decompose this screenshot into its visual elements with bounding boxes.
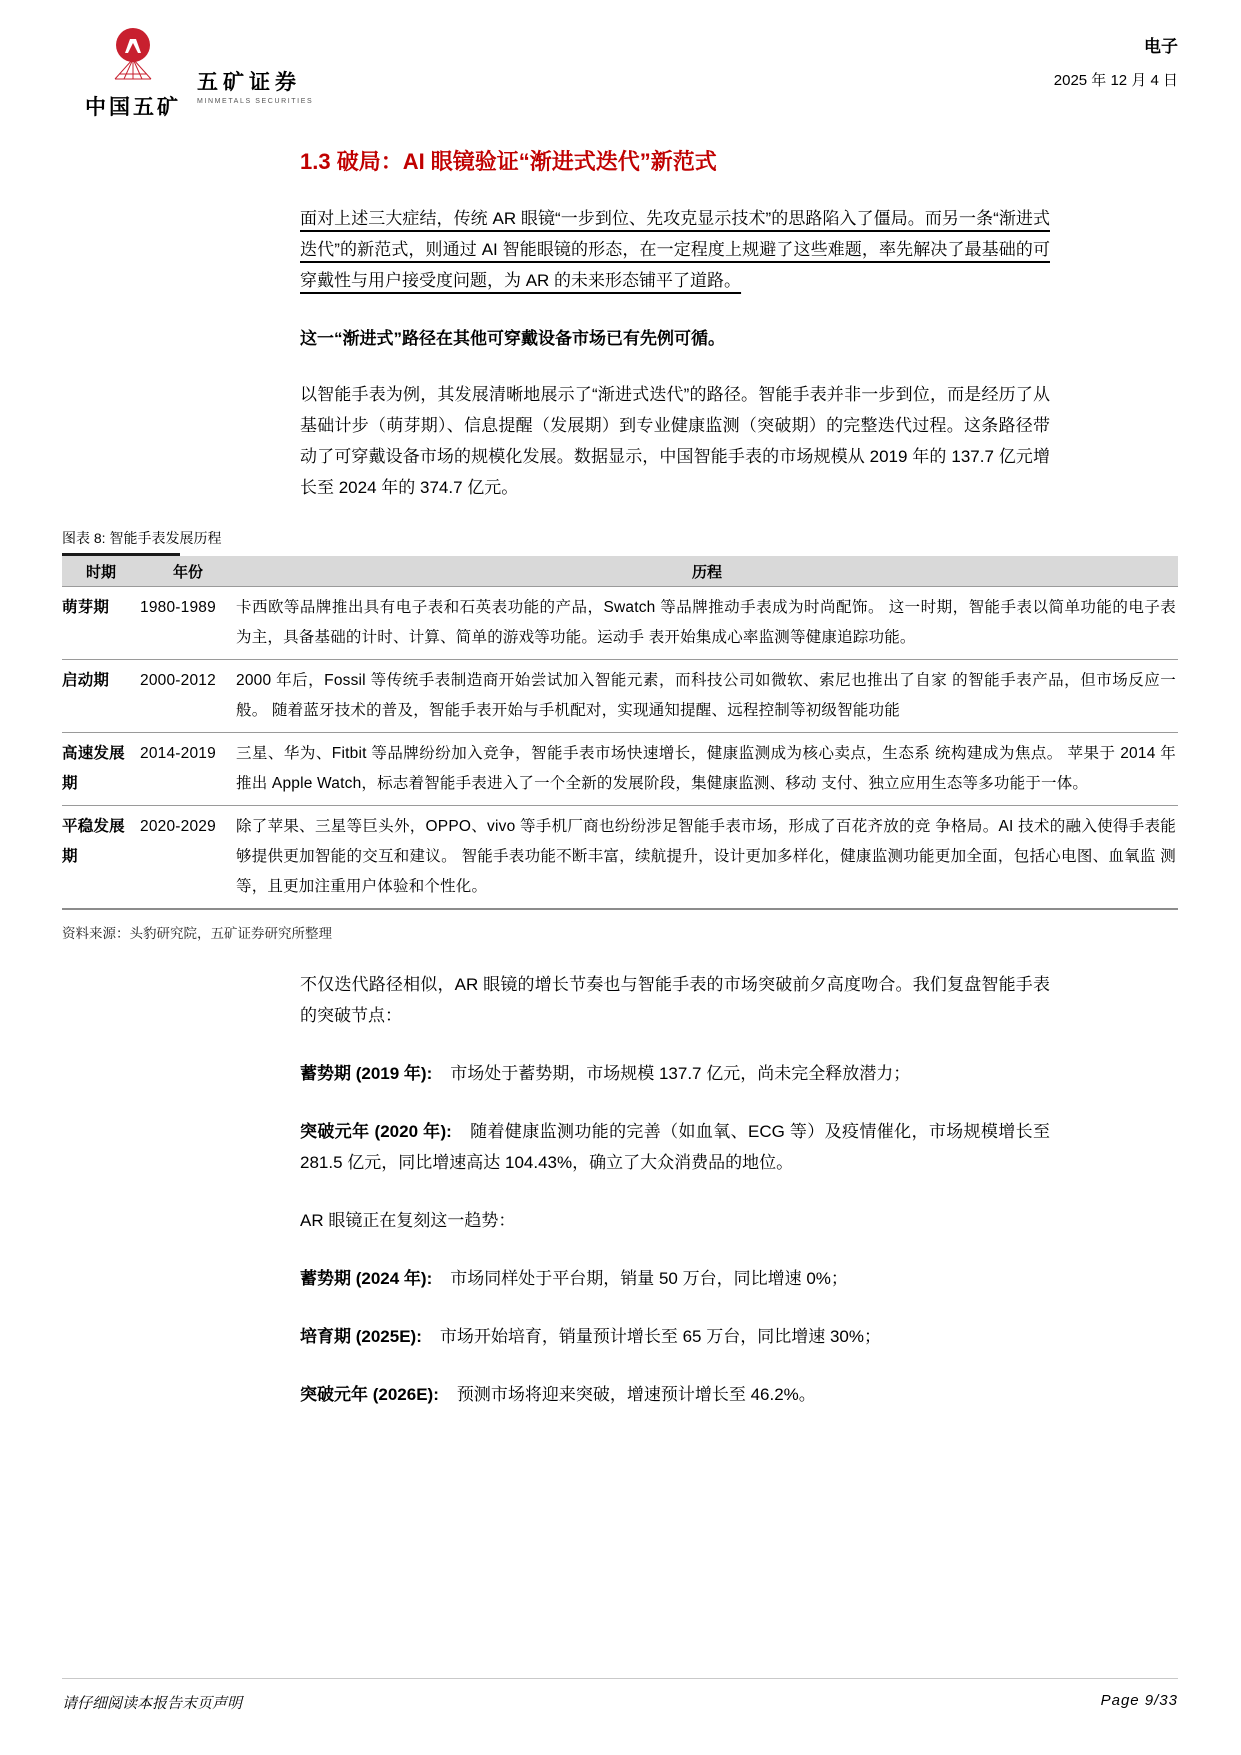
period-cell: 萌芽期 [62,587,140,660]
years-cell: 1980-1989 [140,587,236,660]
years-cell: 2014-2019 [140,733,236,806]
company-logo: 中国五矿 [85,26,181,121]
figure-8: 图表 8: 智能手表发展历程 时期 年份 历程 萌芽期 1980-1989 卡西… [62,528,1178,942]
analysis-intro: 不仅迭代路径相似，AR 眼镜的增长节奏也与智能手表的市场突破前夕高度吻合。我们复… [300,969,1050,1031]
minmetals-emblem-icon [106,26,160,89]
smartwatch-history-table: 时期 年份 历程 萌芽期 1980-1989 卡西欧等品牌推出具有电子表和石英表… [62,556,1178,910]
securities-brand: 五矿证券 MINMETALS SECURITIES [197,66,313,121]
securities-name-cn: 五矿证券 [197,66,313,96]
point-text: 预测市场将迎来突破，增速预计增长至 46.2%。 [457,1385,816,1404]
history-cell: 2000 年后，Fossil 等传统手表制造商开始尝试加入智能元素，而科技公司如… [236,660,1178,733]
table-row: 启动期 2000-2012 2000 年后，Fossil 等传统手表制造商开始尝… [62,660,1178,733]
history-cell: 卡西欧等品牌推出具有电子表和石英表功能的产品，Swatch 等品牌推动手表成为时… [236,587,1178,660]
brand-block: 中国五矿 五矿证券 MINMETALS SECURITIES [85,26,313,121]
bold-paragraph: 这一“渐进式”路径在其他可穿戴设备市场已有先例可循。 [300,323,1050,354]
lead-paragraph: 面对上述三大症结，传统 AR 眼镜“一步到位、先攻克显示技术”的思路陷入了僵局。… [300,203,1050,296]
point-text: 市场处于蓄势期，市场规模 137.7 亿元，尚未完全释放潜力； [450,1064,910,1083]
page-footer: 请仔细阅读本报告末页声明 Page 9/33 [62,1678,1178,1713]
body-paragraph: 以智能手表为例，其发展清晰地展示了“渐进式迭代”的路径。智能手表并非一步到位，而… [300,379,1050,503]
watch-point: 蓄势期 (2019 年):市场处于蓄势期，市场规模 137.7 亿元，尚未完全释… [300,1058,1050,1089]
col-header-history: 历程 [236,556,1178,587]
period-cell: 平稳发展期 [62,806,140,910]
point-text: 市场开始培育，销量预计增长至 65 万台，同比增速 30%； [440,1327,881,1346]
watch-point: 突破元年 (2020 年):随着健康监测功能的完善（如血氧、ECG 等）及疫情催… [300,1116,1050,1178]
point-label: 突破元年 (2026E): [300,1385,439,1404]
point-label: 蓄势期 (2019 年): [300,1064,432,1083]
point-text: 市场同样处于平台期，销量 50 万台，同比增速 0%； [450,1269,848,1288]
period-cell: 高速发展期 [62,733,140,806]
industry-tag: 电子 [1054,32,1178,57]
point-label: 突破元年 (2020 年): [300,1122,452,1141]
period-cell: 启动期 [62,660,140,733]
history-cell: 三星、华为、Fitbit 等品牌纷纷加入竞争，智能手表市场快速增长，健康监测成为… [236,733,1178,806]
page-number: Page 9/33 [1101,1692,1178,1713]
figure-caption: 图表 8: 智能手表发展历程 [62,528,1178,548]
col-header-period: 时期 [62,556,140,587]
point-label: 培育期 (2025E): [300,1327,422,1346]
table-row: 萌芽期 1980-1989 卡西欧等品牌推出具有电子表和石英表功能的产品，Swa… [62,587,1178,660]
history-cell: 除了苹果、三星等巨头外，OPPO、vivo 等手机厂商也纷纷涉足智能手表市场，形… [236,806,1178,910]
glasses-point: 蓄势期 (2024 年):市场同样处于平台期，销量 50 万台，同比增速 0%； [300,1263,1050,1294]
report-date: 2025 年 12 月 4 日 [1054,69,1178,90]
analysis-transition: AR 眼镜正在复刻这一趋势： [300,1205,1050,1236]
table-header-row: 时期 年份 历程 [62,556,1178,587]
years-cell: 2000-2012 [140,660,236,733]
years-cell: 2020-2029 [140,806,236,910]
page-header: 中国五矿 五矿证券 MINMETALS SECURITIES 电子 2025 年… [0,0,1241,121]
logo-text: 中国五矿 [85,91,181,121]
figure-source: 资料来源：头豹研究院，五矿证券研究所整理 [62,922,1178,942]
footer-disclaimer: 请仔细阅读本报告末页声明 [62,1692,242,1713]
table-row: 高速发展期 2014-2019 三星、华为、Fitbit 等品牌纷纷加入竞争，智… [62,733,1178,806]
report-page: 中国五矿 五矿证券 MINMETALS SECURITIES 电子 2025 年… [0,0,1241,1755]
point-label: 蓄势期 (2024 年): [300,1269,432,1288]
report-body: 1.3 破局：AI 眼镜验证“渐进式迭代”新范式 面对上述三大症结，传统 AR … [0,145,1241,1410]
table-row: 平稳发展期 2020-2029 除了苹果、三星等巨头外，OPPO、vivo 等手… [62,806,1178,910]
col-header-years: 年份 [140,556,236,587]
glasses-point: 突破元年 (2026E):预测市场将迎来突破，增速预计增长至 46.2%。 [300,1379,1050,1410]
report-meta: 电子 2025 年 12 月 4 日 [1054,26,1178,90]
glasses-point: 培育期 (2025E):市场开始培育，销量预计增长至 65 万台，同比增速 30… [300,1321,1050,1352]
securities-name-en: MINMETALS SECURITIES [197,98,313,105]
section-heading: 1.3 破局：AI 眼镜验证“渐进式迭代”新范式 [300,145,1178,176]
